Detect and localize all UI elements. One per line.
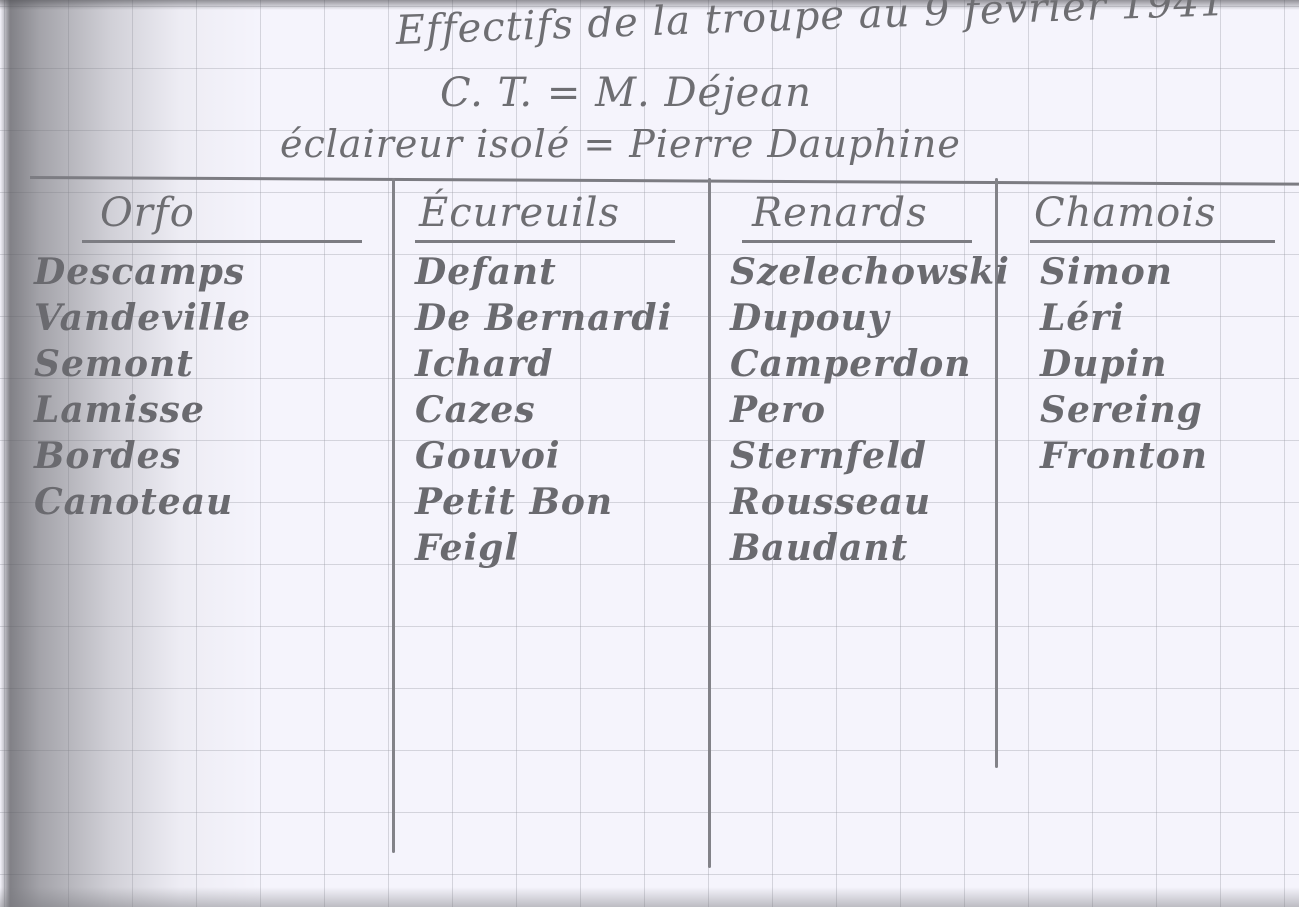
member-list: Simon Léri Dupin Sereing Fronton bbox=[1030, 249, 1275, 479]
list-item: Feigl bbox=[415, 525, 675, 571]
heading-underline bbox=[82, 240, 362, 243]
patrol-column-renards: Renards Szelechowski Dupouy Camperdon Pe… bbox=[730, 190, 1010, 571]
member-list: Szelechowski Dupouy Camperdon Pero Stern… bbox=[730, 249, 1010, 571]
list-item: Defant bbox=[415, 249, 675, 295]
column-divider bbox=[708, 178, 711, 868]
list-item: Ichard bbox=[415, 341, 675, 387]
bottom-edge-shadow bbox=[0, 887, 1299, 907]
heading-underline bbox=[1030, 240, 1275, 243]
document-title: Effectifs de la troupe au 9 février 1941 bbox=[395, 0, 1227, 54]
list-item: De Bernardi bbox=[415, 295, 675, 341]
list-item: Petit Bon bbox=[415, 479, 675, 525]
list-item: Dupouy bbox=[730, 295, 1010, 341]
list-item: Canoteau bbox=[34, 479, 362, 525]
list-item: Bordes bbox=[34, 433, 362, 479]
list-item: Szelechowski bbox=[730, 249, 1010, 295]
patrol-column-chamois: Chamois Simon Léri Dupin Sereing Fronton bbox=[1030, 190, 1275, 479]
list-item: Fronton bbox=[1030, 433, 1275, 479]
list-item: Semont bbox=[34, 341, 362, 387]
patrol-heading: Orfo bbox=[96, 190, 362, 236]
member-list: Defant De Bernardi Ichard Cazes Gouvoi P… bbox=[415, 249, 675, 571]
notebook-page: Effectifs de la troupe au 9 février 1941… bbox=[0, 0, 1299, 907]
list-item: Camperdon bbox=[730, 341, 1010, 387]
heading-underline bbox=[742, 240, 972, 243]
list-item: Sternfeld bbox=[730, 433, 1010, 479]
list-item: Rousseau bbox=[730, 479, 1010, 525]
list-item: Simon bbox=[1030, 249, 1275, 295]
patrol-column-ecureuils: Écureuils Defant De Bernardi Ichard Caze… bbox=[415, 190, 675, 571]
list-item: Descamps bbox=[34, 249, 362, 295]
header-divider bbox=[30, 176, 1299, 186]
list-item: Léri bbox=[1030, 295, 1275, 341]
list-item: Cazes bbox=[415, 387, 675, 433]
patrol-column-orfo: Orfo Descamps Vandeville Semont Lamisse … bbox=[34, 190, 362, 525]
column-divider bbox=[392, 178, 395, 853]
patrol-heading: Renards bbox=[748, 190, 1010, 236]
heading-underline bbox=[415, 240, 675, 243]
list-item: Dupin bbox=[1030, 341, 1275, 387]
member-list: Descamps Vandeville Semont Lamisse Borde… bbox=[34, 249, 362, 525]
list-item: Sereing bbox=[1030, 387, 1275, 433]
list-item: Baudant bbox=[730, 525, 1010, 571]
chef-troupe-line: C. T. = M. Déjean bbox=[440, 70, 812, 116]
list-item: Pero bbox=[730, 387, 1010, 433]
list-item: Lamisse bbox=[34, 387, 362, 433]
list-item: Vandeville bbox=[34, 295, 362, 341]
patrol-heading: Chamois bbox=[1030, 190, 1275, 236]
patrol-heading: Écureuils bbox=[415, 190, 675, 236]
scout-isole-line: éclaireur isolé = Pierre Dauphine bbox=[280, 122, 961, 166]
list-item: Gouvoi bbox=[415, 433, 675, 479]
